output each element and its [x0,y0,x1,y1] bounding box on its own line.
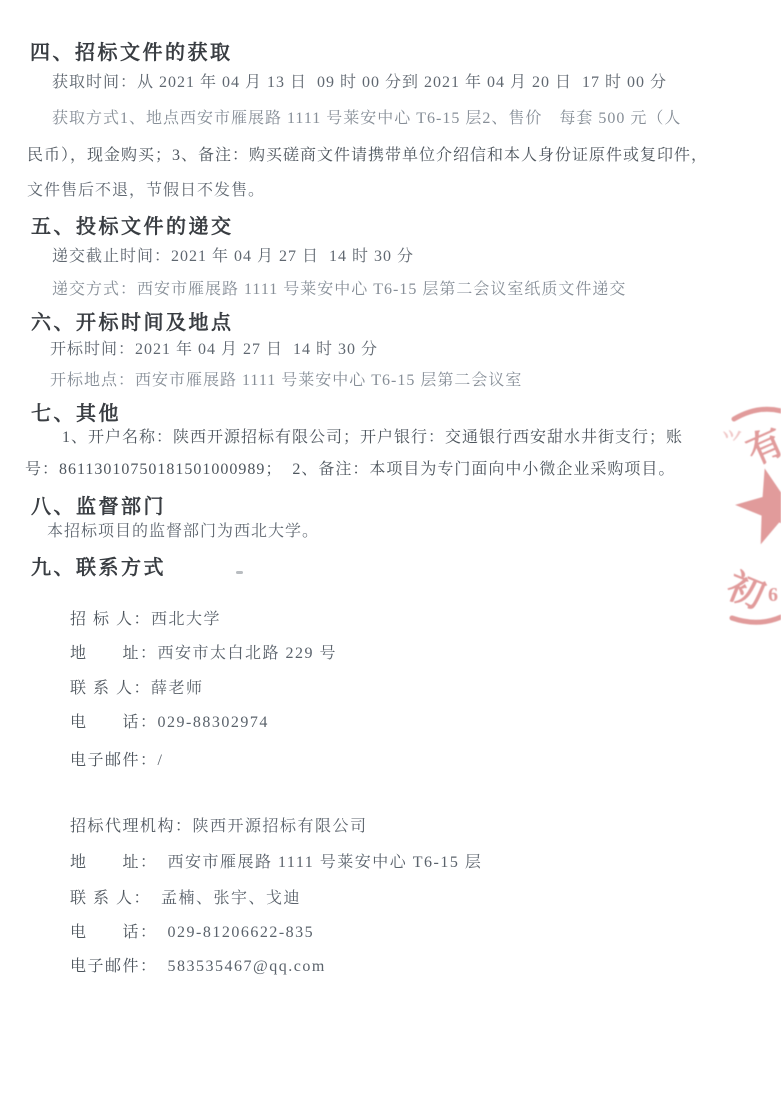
company-seal-stamp: 有 ⺍ 初 6 [660,395,781,635]
open-time-line: 开标时间：2021 年 04 月 27 日 14 时 30 分 [50,339,378,361]
section-6-heading: 六、开标时间及地点 [31,306,234,335]
obtain-time-line: 获取时间：从 2021 年 04 月 13 日 09 时 00 分到 2021 … [52,72,667,94]
bank-account-line-1: 1、开户名称：陕西开源招标有限公司；开户银行：交通银行西安甜水井街支行；账 [62,427,683,449]
agency-email-row: 电子邮件：583535467@qq.com [48,935,326,994]
tender-notice-page: 四、招标文件的获取 获取时间：从 2021 年 04 月 13 日 09 时 0… [0,0,781,1096]
supervisor-line: 本招标项目的监督部门为西北大学。 [47,521,319,543]
seal-bottom-digit: 6 [768,584,778,606]
obtain-note-line-2: 文件售后不退，节假日不发售。 [27,180,265,202]
bank-account-line-2: 号：86113010750181501000989； 2、备注：本项目为专门面向… [25,459,675,481]
seal-bottom-character: 初 [721,565,770,616]
tenderer-email-row: 电子邮件：/ [48,729,163,788]
tenderer-email-label: 电子邮件： [70,752,158,769]
obtain-note-line-1: 民币），现金购买；3、备注：购买磋商文件请携带单位介绍信和本人身份证原件或复印件… [27,145,708,167]
open-place-line: 开标地点：西安市雁展路 1111 号莱安中心 T6-15 层第二会议室 [50,370,522,392]
tenderer-email-value: / [158,752,164,769]
section-5-heading: 五、投标文件的递交 [31,210,234,239]
tenderer-phone-value: 029-88302974 [158,714,269,731]
seal-star-icon [728,459,781,549]
scan-artifact-mark [236,571,243,574]
obtain-method-line: 获取方式1、地点西安市雁展路 1111 号莱安中心 T6-15 层2、售价 每套… [52,108,681,130]
agency-email-value: 583535467@qq.com [168,958,326,975]
section-4-heading: 四、招标文件的获取 [30,36,233,65]
section-9-heading: 九、联系方式 [31,551,166,580]
section-8-heading: 八、监督部门 [31,490,166,519]
agency-email-label: 电子邮件： [70,958,158,975]
submit-method-line: 递交方式：西安市雁展路 1111 号莱安中心 T6-15 层第二会议室纸质文件递… [52,279,626,301]
submit-deadline-line: 递交截止时间：2021 年 04 月 27 日 14 时 30 分 [52,246,414,268]
seal-top-arc [734,409,781,419]
seal-top-fragment: ⺍ [722,429,742,452]
section-7-heading: 七、其他 [31,397,121,426]
seal-bottom-arc [732,617,781,622]
seal-top-character: 有 [741,421,781,472]
